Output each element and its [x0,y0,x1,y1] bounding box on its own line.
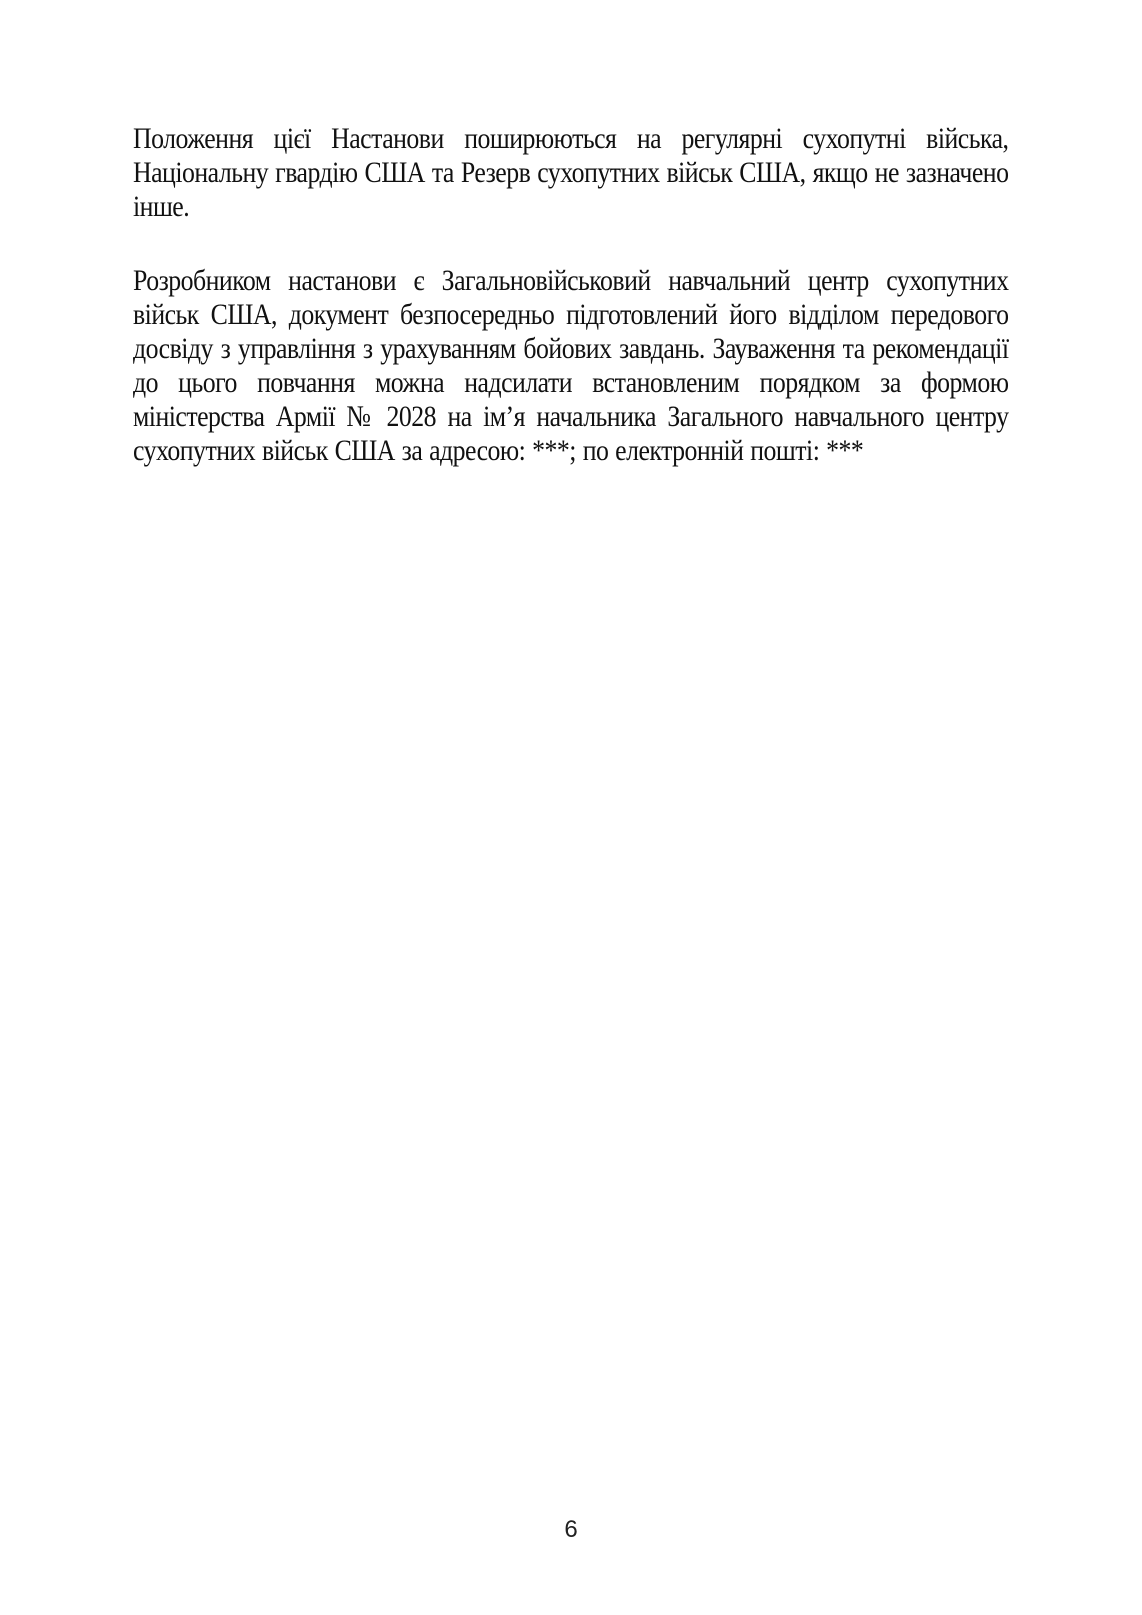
page-body: Положення цієї Настанови поширюються на … [133,122,1009,468]
document-page: Положення цієї Настанови поширюються на … [0,0,1142,1615]
page-number: 6 [0,1516,1142,1544]
paragraph-developer-info: Розробником настанови є Загальновійськов… [133,264,1008,468]
paragraph-scope: Положення цієї Настанови поширюються на … [133,122,1008,224]
